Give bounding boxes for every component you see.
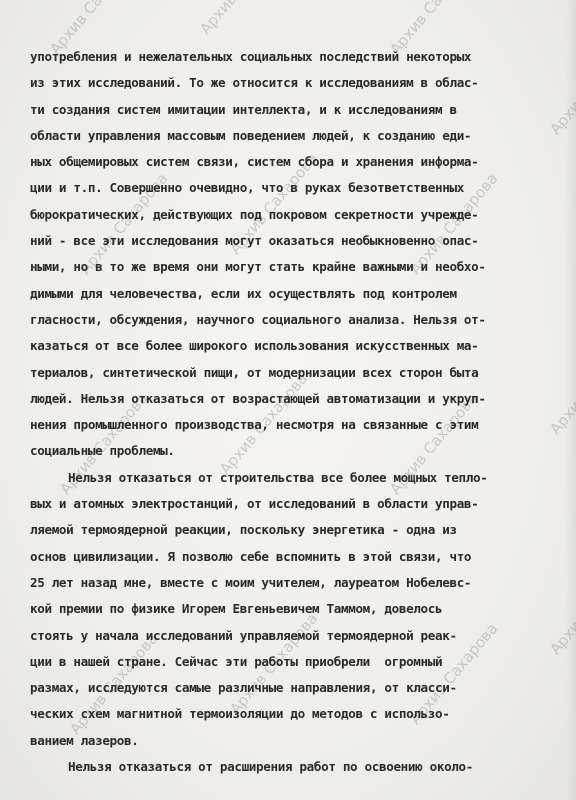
- text-line: ляемой термоядерной реакции, поскольку э…: [30, 517, 550, 543]
- text-line: размах, исследуются самые различные напр…: [30, 675, 550, 701]
- text-line: казаться от все более широкого использов…: [30, 333, 550, 359]
- text-line: области управления массовым поведением л…: [30, 123, 550, 149]
- paragraph-start-line: Нельзя отказаться от строительства все б…: [30, 465, 550, 491]
- text-line: ции в нашей стране. Сейчас эти работы пр…: [30, 649, 550, 675]
- text-line: стоять у начала исследований управляемой…: [30, 623, 550, 649]
- text-line: ческих схем магнитной термоизоляции до м…: [30, 701, 550, 727]
- text-line: бюрократических, действующих под покрово…: [30, 202, 550, 228]
- watermark: Архив Сахарова: [196, 0, 291, 38]
- text-line: ными, но в то же время они могут стать к…: [30, 254, 550, 280]
- text-line: ний - все эти исследования могут оказать…: [30, 228, 550, 254]
- text-line: гласности, обсуждения, научного социальн…: [30, 307, 550, 333]
- text-line: людей. Нельзя отказаться от возрастающей…: [30, 386, 550, 412]
- text-line: вых и атомных электростанций, от исследо…: [30, 491, 550, 517]
- text-line: ных общемировых систем связи, систем сбо…: [30, 149, 550, 175]
- text-line: нения промышленного производства, несмот…: [30, 412, 550, 438]
- document-page: Архив СахароваАрхив СахароваАрхив Сахаро…: [0, 0, 576, 800]
- text-line: основ цивилизации. Я позволю себе вспомн…: [30, 544, 550, 570]
- typewritten-text: употребления и нежелательных социальных …: [30, 44, 550, 780]
- text-line: териалов, синтетической пищи, от модерни…: [30, 360, 550, 386]
- text-line: кой премии по физике Игорем Евгеньевичем…: [30, 596, 550, 622]
- text-line: димыми для человечества, если их осущест…: [30, 281, 550, 307]
- text-line: ции и т.п. Совершенно очевидно, что в ру…: [30, 175, 550, 201]
- text-line: социальные проблемы.: [30, 438, 550, 464]
- text-line: из этих исследований. То же относится к …: [30, 70, 550, 96]
- text-line: ти создания систем имитации интеллекта, …: [30, 97, 550, 123]
- text-line: ванием лазеров.: [30, 728, 550, 754]
- text-line: употребления и нежелательных социальных …: [30, 44, 550, 70]
- text-line: 25 лет назад мне, вместе с моим учителем…: [30, 570, 550, 596]
- paragraph-start-line: Нельзя отказаться от расширения работ по…: [30, 754, 550, 780]
